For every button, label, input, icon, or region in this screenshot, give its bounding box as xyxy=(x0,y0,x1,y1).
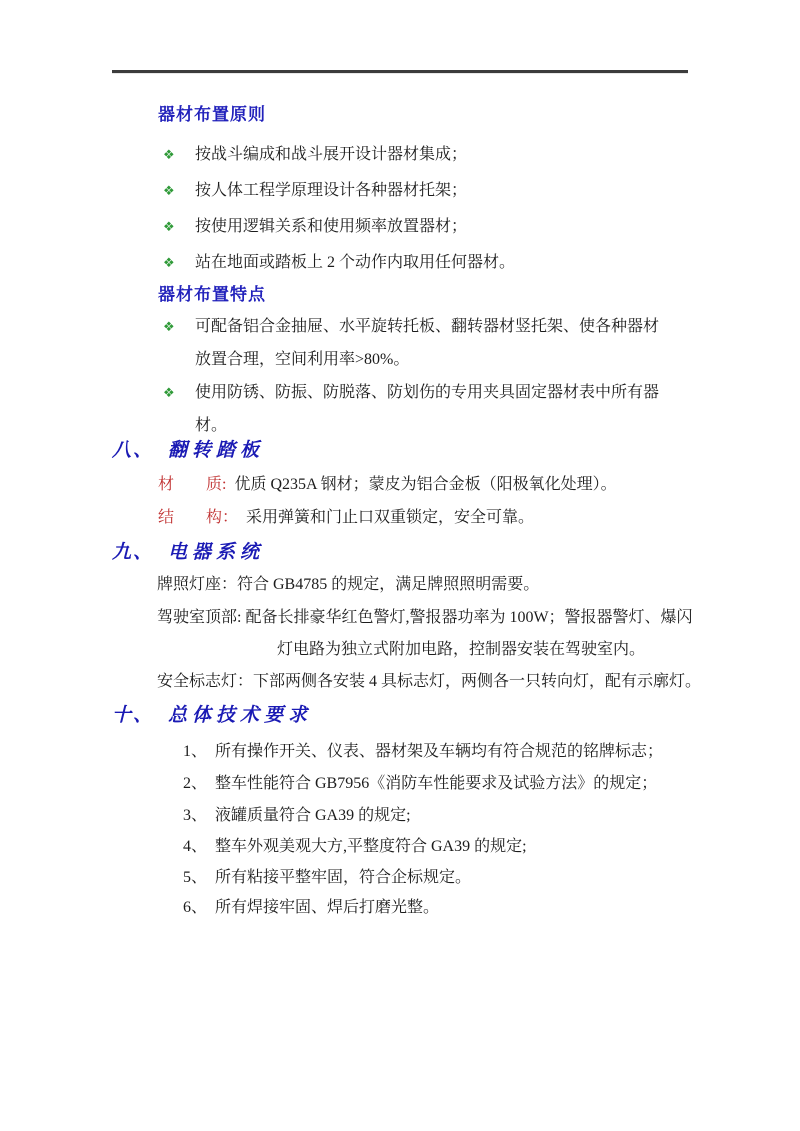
item-number: 4、 xyxy=(183,835,215,859)
numbered-item: 4、 整车外观美观大方,平整度符合 GA39 的规定; xyxy=(183,835,527,859)
bullet-text: 使用防锈、防振、防脱落、防划伤的专用夹具固定器材表中所有器 xyxy=(195,381,659,405)
numbered-item: 1、 所有操作开关、仪表、器材架及车辆均有符合规范的铭牌标志； xyxy=(183,740,663,764)
header-rule xyxy=(112,70,688,74)
paragraph-safety-lamps: 安全标志灯：下部两侧各安装 4 具标志灯，两侧各一只转向灯，配有示廓灯。 xyxy=(157,670,701,694)
diamond-bullet-icon: ❖ xyxy=(163,179,195,203)
bullet-text: 站在地面或踏板上 2 个动作内取用任何器材。 xyxy=(195,251,515,275)
spec-row-structure: 结 构：采用弹簧和门止口双重锁定，安全可靠。 xyxy=(158,506,534,530)
section-heading-10: 十、 总体技术要求 xyxy=(112,703,312,729)
spec-label: 结 构： xyxy=(158,509,238,526)
spec-label: 材 质: xyxy=(158,476,226,493)
item-text: 所有操作开关、仪表、器材架及车辆均有符合规范的铭牌标志； xyxy=(215,740,663,764)
bullet-item: ❖ 站在地面或踏板上 2 个动作内取用任何器材。 xyxy=(163,251,515,275)
bullet-text-continuation: 放置合理，空间利用率>80%。 xyxy=(195,348,409,372)
bullet-item: ❖ 可配备铝合金抽屉、水平旋转托板、翻转器材竖托架、使各种器材 xyxy=(163,315,659,339)
bullet-item: ❖ 按使用逻辑关系和使用频率放置器材； xyxy=(163,215,467,239)
bullet-item: ❖ 按人体工程学原理设计各种器材托架； xyxy=(163,179,467,203)
section-title: 翻转踏板 xyxy=(168,438,264,464)
document-page: 器材布置原则 ❖ 按战斗编成和战斗展开设计器材集成； ❖ 按人体工程学原理设计各… xyxy=(0,0,800,1131)
item-number: 6、 xyxy=(183,896,215,920)
subsection-title-layout-features: 器材布置特点 xyxy=(158,283,266,307)
bullet-text-continuation: 材。 xyxy=(195,414,227,438)
diamond-bullet-icon: ❖ xyxy=(163,381,195,405)
subsection-title-layout-principles: 器材布置原则 xyxy=(158,103,266,127)
diamond-bullet-icon: ❖ xyxy=(163,251,195,275)
bullet-text: 按战斗编成和战斗展开设计器材集成； xyxy=(195,143,467,167)
paragraph-cab-roof-line2: 灯电路为独立式附加电路，控制器安装在驾驶室内。 xyxy=(277,638,645,662)
numbered-item: 6、 所有焊接牢固、焊后打磨光整。 xyxy=(183,896,439,920)
diamond-bullet-icon: ❖ xyxy=(163,143,195,167)
diamond-bullet-icon: ❖ xyxy=(163,315,195,339)
section-heading-9: 九、 电器系统 xyxy=(112,540,264,566)
bullet-item: ❖ 按战斗编成和战斗展开设计器材集成； xyxy=(163,143,467,167)
item-number: 5、 xyxy=(183,866,215,890)
item-number: 3、 xyxy=(183,804,215,828)
spec-row-material: 材 质:优质 Q235A 钢材；蒙皮为铝合金板（阳极氧化处理）。 xyxy=(158,473,617,497)
section-title: 电器系统 xyxy=(168,540,264,566)
bullet-item: ❖ 使用防锈、防振、防脱落、防划伤的专用夹具固定器材表中所有器 xyxy=(163,381,659,405)
numbered-item: 5、 所有粘接平整牢固，符合企标规定。 xyxy=(183,866,471,890)
section-title: 总体技术要求 xyxy=(168,703,312,729)
item-text: 整车性能符合 GB7956《消防车性能要求及试验方法》的规定； xyxy=(215,772,657,796)
section-number: 八、 xyxy=(112,438,168,464)
section-number: 九、 xyxy=(112,540,168,566)
item-number: 1、 xyxy=(183,740,215,764)
bullet-text: 可配备铝合金抽屉、水平旋转托板、翻转器材竖托架、使各种器材 xyxy=(195,315,659,339)
paragraph-license-lamp: 牌照灯座：符合 GB4785 的规定，满足牌照照明需要。 xyxy=(157,573,539,597)
item-text: 所有焊接牢固、焊后打磨光整。 xyxy=(215,896,439,920)
bullet-text: 按人体工程学原理设计各种器材托架； xyxy=(195,179,467,203)
section-heading-8: 八、 翻转踏板 xyxy=(112,438,264,464)
paragraph-cab-roof-line1: 驾驶室顶部: 配备长排豪华红色警灯,警报器功率为 100W；警报器警灯、爆闪 xyxy=(157,606,693,630)
item-text: 液罐质量符合 GA39 的规定; xyxy=(215,804,411,828)
numbered-item: 2、 整车性能符合 GB7956《消防车性能要求及试验方法》的规定； xyxy=(183,772,657,796)
item-number: 2、 xyxy=(183,772,215,796)
section-number: 十、 xyxy=(112,703,168,729)
bullet-text: 按使用逻辑关系和使用频率放置器材； xyxy=(195,215,467,239)
numbered-item: 3、 液罐质量符合 GA39 的规定; xyxy=(183,804,411,828)
spec-text: 优质 Q235A 钢材；蒙皮为铝合金板（阳极氧化处理）。 xyxy=(234,476,616,493)
item-text: 所有粘接平整牢固，符合企标规定。 xyxy=(215,866,471,890)
spec-text: 采用弹簧和门止口双重锁定，安全可靠。 xyxy=(246,509,534,526)
diamond-bullet-icon: ❖ xyxy=(163,215,195,239)
item-text: 整车外观美观大方,平整度符合 GA39 的规定; xyxy=(215,835,527,859)
